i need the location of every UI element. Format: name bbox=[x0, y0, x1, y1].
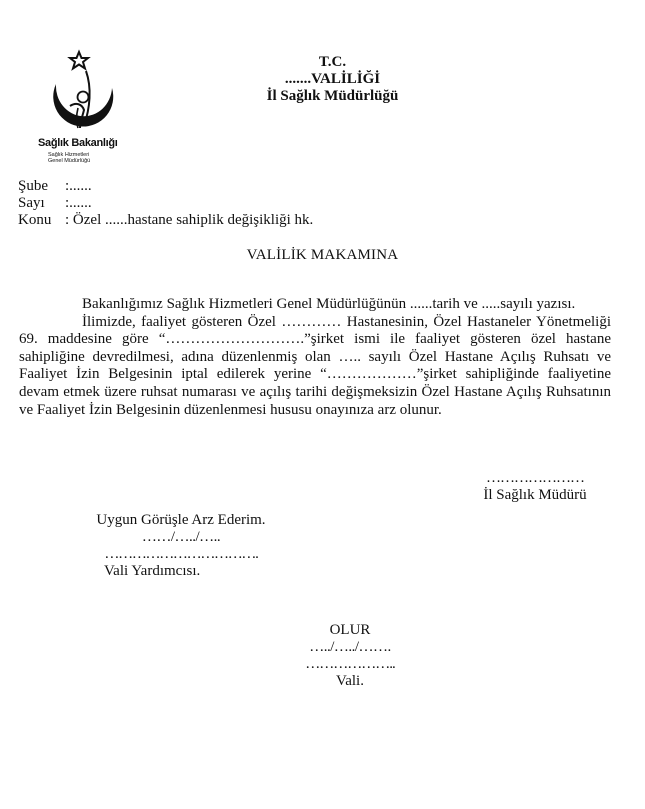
meta-subject-value: : Özel ......hastane sahiplik değişikliğ… bbox=[65, 212, 313, 228]
meta-branch-value: :...... bbox=[65, 178, 92, 194]
main-paragraph: İlimizde, faaliyet gösteren Özel ………… Ha… bbox=[19, 314, 611, 420]
director-signature-dots: ………………… bbox=[455, 470, 615, 487]
governor-approval: OLUR bbox=[285, 622, 415, 639]
director-signature-block: ………………… İl Sağlık Müdürü bbox=[455, 470, 615, 504]
deputy-governor-block: Uygun Görüşle Arz Ederim. ……/…../….. ………… bbox=[76, 512, 286, 580]
governor-approval-block: OLUR …../…../……. ……………….. Vali. bbox=[285, 622, 415, 690]
logo-title: Sağlık Bakanlığı bbox=[38, 137, 118, 149]
letter-body: Bakanlığımız Sağlık Hizmetleri Genel Müd… bbox=[19, 296, 611, 419]
logo-subtitle-line-2: Genel Müdürlüğü bbox=[48, 158, 90, 164]
meta-number: Sayı:...... bbox=[18, 195, 92, 212]
header-governorship: .......VALİLİĞİ bbox=[10, 71, 645, 88]
governor-signature-dots: ……………….. bbox=[285, 656, 415, 673]
reference-line: Bakanlığımız Sağlık Hizmetleri Genel Müd… bbox=[19, 296, 611, 314]
meta-branch-label: Şube bbox=[18, 178, 65, 195]
header-tc: T.C. bbox=[10, 54, 645, 71]
meta-number-value: :...... bbox=[65, 195, 92, 211]
governor-date: …../…../……. bbox=[285, 639, 415, 656]
meta-branch: Şube:...... bbox=[18, 178, 92, 195]
deputy-recommendation: Uygun Görüşle Arz Ederim. bbox=[76, 512, 286, 529]
deputy-signature-dots: ……………………………. bbox=[76, 546, 286, 563]
director-title: İl Sağlık Müdürü bbox=[455, 487, 615, 504]
header-provincial-health-directorate: İl Sağlık Müdürlüğü bbox=[10, 88, 645, 105]
deputy-date: ……/…../….. bbox=[76, 529, 286, 546]
meta-subject: Konu: Özel ......hastane sahiplik değişi… bbox=[18, 212, 313, 229]
deputy-title: Vali Yardımcısı. bbox=[76, 563, 286, 580]
addressee: VALİLİK MAKAMINA bbox=[0, 247, 645, 264]
governor-title: Vali. bbox=[285, 673, 415, 690]
meta-number-label: Sayı bbox=[18, 195, 65, 212]
meta-subject-label: Konu bbox=[18, 212, 65, 229]
